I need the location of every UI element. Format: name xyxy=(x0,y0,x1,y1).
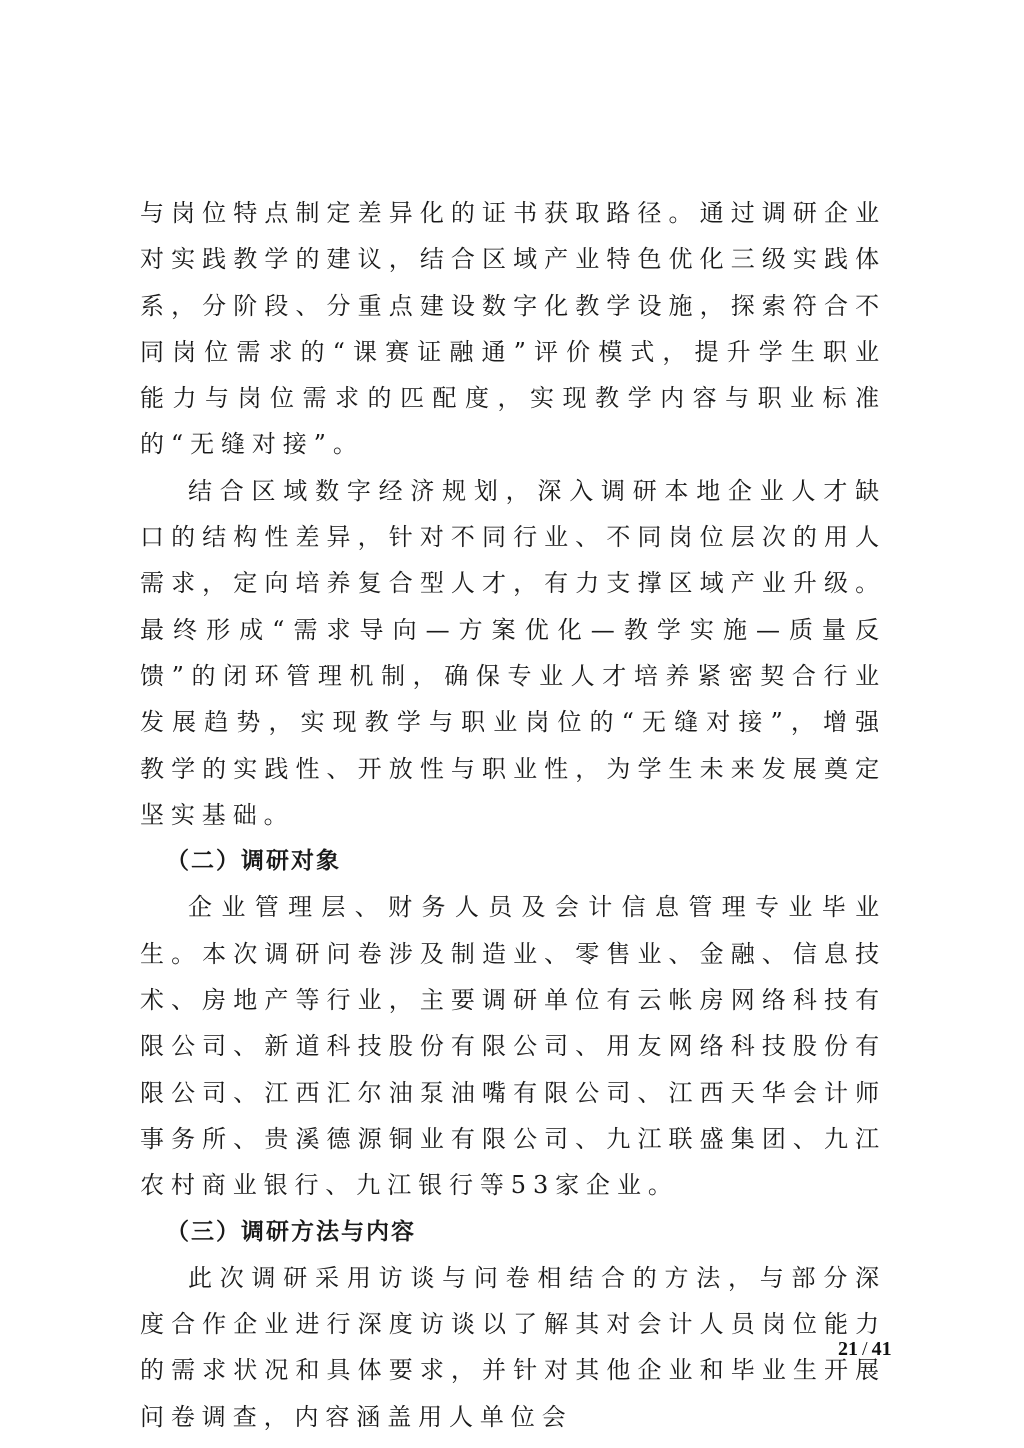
paragraph-regional-planning: 结合区域数字经济规划，深入调研本地企业人才缺口的结构性差异，针对不同行业、不同岗… xyxy=(140,468,886,838)
document-page: 与岗位特点制定差异化的证书获取路径。通过调研企业对实践教学的建议，结合区域产业特… xyxy=(0,0,1024,1448)
document-body: 与岗位特点制定差异化的证书获取路径。通过调研企业对实践教学的建议，结合区域产业特… xyxy=(140,190,886,1440)
page-current: 21 xyxy=(838,1338,858,1360)
page-total: 41 xyxy=(872,1338,892,1360)
page-separator: / xyxy=(858,1338,872,1360)
page-number: 21/41 xyxy=(838,1338,892,1361)
section-heading-research-subjects: （二）调研对象 xyxy=(140,838,886,884)
section-heading-research-methods: （三）调研方法与内容 xyxy=(140,1209,886,1255)
paragraph-continuation: 与岗位特点制定差异化的证书获取路径。通过调研企业对实践教学的建议，结合区域产业特… xyxy=(140,190,886,468)
paragraph-research-subjects: 企业管理层、财务人员及会计信息管理专业毕业生。本次调研问卷涉及制造业、零售业、金… xyxy=(140,884,886,1208)
paragraph-research-methods: 此次调研采用访谈与问卷相结合的方法，与部分深度合作企业进行深度访谈以了解其对会计… xyxy=(140,1255,886,1440)
